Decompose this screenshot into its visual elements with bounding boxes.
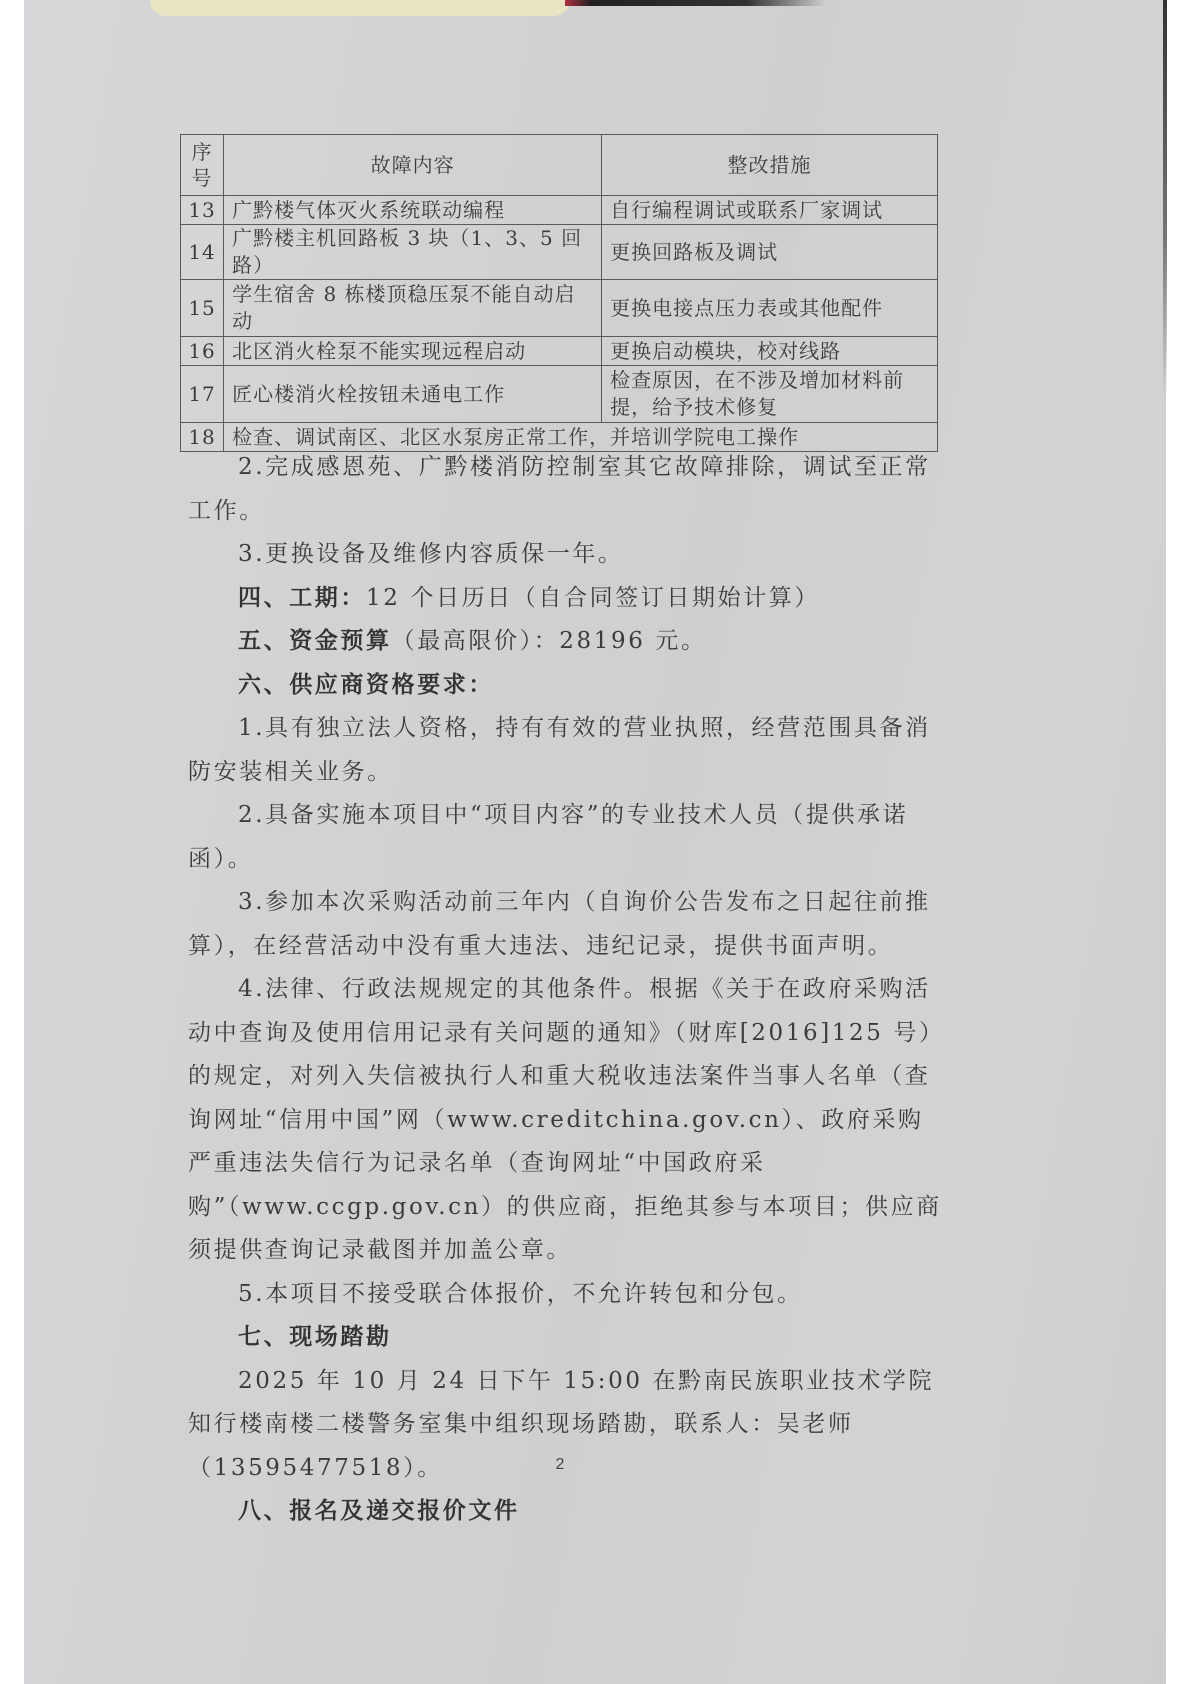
section-8-heading: 八、报名及递交报价文件: [238, 1498, 520, 1524]
table-row: 13 广黔楼气体灭火系统联动编程 自行编程调试或联系厂家调试: [181, 196, 938, 225]
section-6-item-1: 1.具有独立法人资格，持有有效的营业执照，经营范围具备消防安装相关业务。: [188, 707, 948, 794]
section-4: 四、工期：12 个日历日（自合同签订日期始计算）: [188, 577, 948, 621]
header-fault: 故障内容: [224, 135, 602, 196]
table-row: 17 匠心楼消火栓按钮未通电工作 检查原因，在不涉及增加材料前提，给予技术修复: [181, 366, 938, 423]
section-5: 五、资金预算（最高限价）：28196 元。: [188, 620, 948, 664]
table-header-row: 序号 故障内容 整改措施: [181, 135, 938, 196]
section-5-heading: 五、资金预算: [238, 628, 392, 654]
row-fault: 学生宿舍 8 栋楼顶稳压泵不能自动启动: [224, 280, 602, 337]
section-6-item-2: 2.具备实施本项目中“项目内容”的专业技术人员（提供承诺函）。: [188, 794, 948, 881]
top-edge-dark-object: [565, 0, 825, 6]
row-no: 17: [181, 366, 224, 423]
item-3: 3.更换设备及维修内容质保一年。: [188, 533, 948, 577]
document-body: 2.完成感恩苑、广黔楼消防控制室其它故障排除，调试至正常工作。 3.更换设备及维…: [188, 446, 948, 1534]
row-fault: 广黔楼主机回路板 3 块（1、3、5 回路）: [224, 225, 602, 280]
table-row: 15 学生宿舍 8 栋楼顶稳压泵不能自动启动 更换电接点压力表或其他配件: [181, 280, 938, 337]
row-fix: 更换启动模块，校对线路: [602, 337, 938, 366]
fault-table: 序号 故障内容 整改措施 13 广黔楼气体灭火系统联动编程 自行编程调试或联系厂…: [180, 134, 938, 452]
section-6-item-4: 4.法律、行政法规规定的其他条件。根据《关于在政府采购活动中查询及使用信用记录有…: [188, 968, 948, 1273]
section-7-heading: 七、现场踏勘: [238, 1324, 392, 1350]
row-fix: 自行编程调试或联系厂家调试: [602, 196, 938, 225]
row-no: 14: [181, 225, 224, 280]
table-row: 14 广黔楼主机回路板 3 块（1、3、5 回路） 更换回路板及调试: [181, 225, 938, 280]
header-no: 序号: [181, 135, 224, 196]
row-fix: 更换回路板及调试: [602, 225, 938, 280]
row-fault: 广黔楼气体灭火系统联动编程: [224, 196, 602, 225]
page-number: 2: [550, 1456, 570, 1474]
top-edge-object: [150, 0, 570, 16]
section-6-item-3: 3.参加本次采购活动前三年内（自询价公告发布之日起往前推算），在经营活动中没有重…: [188, 881, 948, 968]
row-fix: 更换电接点压力表或其他配件: [602, 280, 938, 337]
section-5-text: （最高限价）：28196 元。: [392, 628, 707, 654]
section-6-heading: 六、供应商资格要求：: [238, 672, 494, 698]
section-6-item-5: 5.本项目不接受联合体报价，不允许转包和分包。: [188, 1273, 948, 1317]
section-4-heading: 四、工期：: [238, 585, 366, 611]
row-fault: 北区消火栓泵不能实现远程启动: [224, 337, 602, 366]
section-4-text: 12 个日历日（自合同签订日期始计算）: [366, 585, 820, 611]
row-fix: 检查原因，在不涉及增加材料前提，给予技术修复: [602, 366, 938, 423]
section-7: 七、现场踏勘: [188, 1316, 948, 1360]
row-no: 16: [181, 337, 224, 366]
section-6: 六、供应商资格要求：: [188, 664, 948, 708]
section-8: 八、报名及递交报价文件: [188, 1490, 948, 1534]
header-fix: 整改措施: [602, 135, 938, 196]
row-fault: 匠心楼消火栓按钮未通电工作: [224, 366, 602, 423]
row-no: 13: [181, 196, 224, 225]
item-2: 2.完成感恩苑、广黔楼消防控制室其它故障排除，调试至正常工作。: [188, 446, 948, 533]
row-no: 15: [181, 280, 224, 337]
table-row: 16 北区消火栓泵不能实现远程启动 更换启动模块，校对线路: [181, 337, 938, 366]
right-edge-shadow: [1163, 0, 1167, 400]
